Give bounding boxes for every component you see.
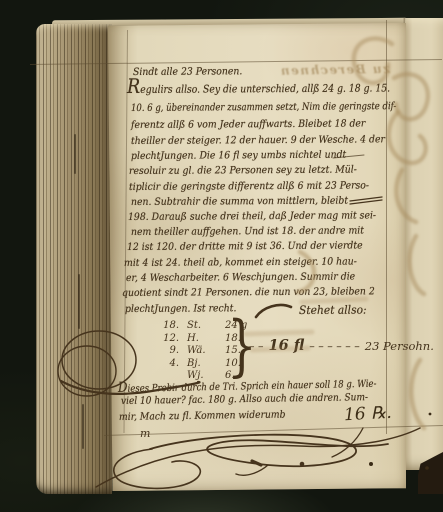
gutter-streak	[74, 134, 76, 174]
closing-amount: 16 ℞.	[344, 403, 393, 425]
connector-dots: · – –	[242, 340, 264, 353]
manuscript-line: theiller der steiger. 12 der hauer. 9 de…	[131, 134, 385, 147]
manuscript-line: 12 ist 120. der dritte mit 9 ist 36. Und…	[127, 240, 363, 253]
manuscript-line: plechtJungen. Ist recht.	[125, 303, 236, 315]
share-count: 12.	[155, 333, 179, 346]
manuscript-line: nen. Subtrahir die summa von mittlern, b…	[131, 196, 348, 208]
share-count: 4.	[155, 358, 179, 371]
total-florin-amount: 16 fl	[269, 337, 305, 354]
connector-dots: – – – – – –	[309, 340, 359, 353]
gutter-streak	[78, 274, 80, 329]
worker-abbr: Bj.	[179, 358, 225, 371]
manuscript-line: Sindt alle 23 Personen.	[133, 66, 242, 78]
table-sum-connector: · – – 16 fl – – – – – – 23 Persohn.	[242, 337, 434, 354]
stehet-allso-label: Stehet allso:	[299, 303, 367, 317]
manuscript-line: tiplicir die geringste differentz allß 6…	[129, 180, 369, 193]
worker-abbr: St.	[179, 320, 225, 333]
manuscript-line: 198. Darauß suche drei theil, daß Jeder …	[128, 210, 376, 223]
book-gutter-page-edges	[36, 24, 112, 494]
total-persons: 23 Persohn.	[365, 339, 434, 353]
gutter-streak	[82, 404, 84, 449]
manuscript-line: quotient sindt 21 Personen. die nun von …	[122, 286, 375, 299]
manuscript-line: nem theiller auffgehen. Und ist 18. der …	[131, 225, 364, 238]
worker-abbr: Wä.	[179, 345, 225, 358]
manuscript-line: ferentz allß 6 vom Jeder auffwarts. Blei…	[131, 118, 365, 131]
show-through-text: zu Berechnen	[262, 62, 390, 78]
worker-abbr: H.	[179, 333, 225, 346]
manuscript-line: resoluir zu gl. die 23 Personen sey zu l…	[129, 165, 357, 177]
manuscript-line: 10. 6 g, übereinander zusammen setzt, Ni…	[131, 101, 396, 114]
manuscript-line: Regulirs allso. Sey die unterschied, all…	[127, 79, 390, 96]
manuscript-line: er, 4 Wescharbeiter. 6 Weschjungen. Summ…	[126, 271, 355, 284]
manuscript-line: plechtJungen. Die 16 fl sey umbs nichtel…	[131, 150, 346, 162]
manuscript-photo: zu Berechnen Sindt alle 23 Personen. Reg…	[0, 0, 443, 512]
m-paraph-mark: m	[140, 427, 150, 440]
share-count: 9.	[155, 345, 179, 358]
next-page-edge	[404, 18, 443, 470]
share-count: 18.	[155, 320, 179, 333]
manuscript-line: mit 4 ist 24. theil ab, kommet ein steig…	[124, 256, 357, 269]
